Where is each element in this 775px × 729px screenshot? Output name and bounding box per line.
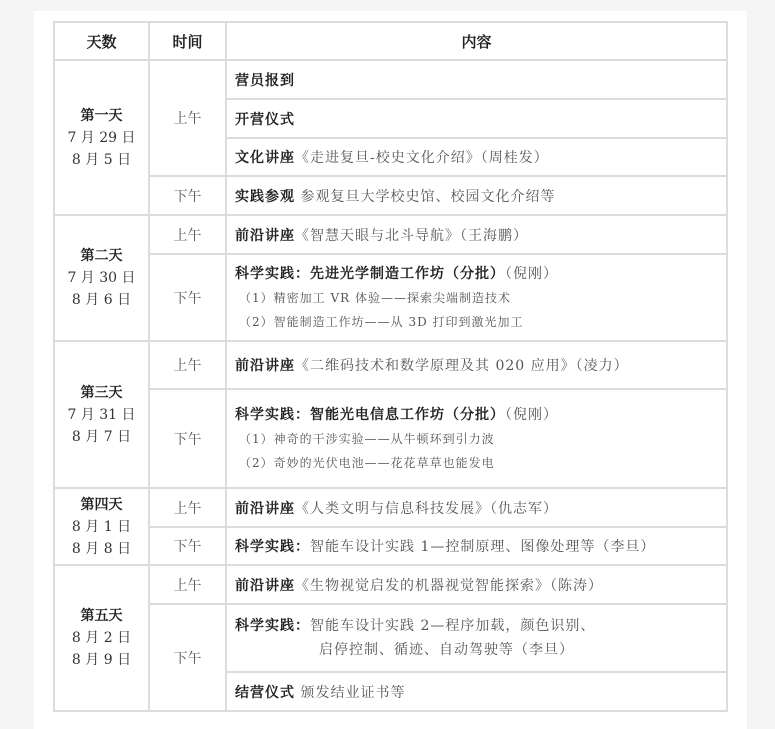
table-row: 第四天 8 月 1 日 8 月 8 日 上午 前沿讲座《人类文明与信息科技发展》… (54, 488, 727, 527)
header-row: 天数 时间 内容 (54, 22, 727, 60)
day-cell: 第三天 7 月 31 日 8 月 7 日 (54, 341, 149, 488)
content-bold: 结营仪式 (235, 685, 295, 701)
content-cell: 科学实践：智能车设计实践 1—控制原理、图像处理等（李旦） (226, 527, 727, 565)
content-bold: 前沿讲座 (235, 358, 295, 374)
header-day: 天数 (54, 22, 149, 60)
day-date: 7 月 29 日 (55, 127, 148, 149)
day-title: 第一天 (55, 105, 148, 127)
day-date: 8 月 9 日 (55, 649, 148, 671)
table-row: 下午 科学实践：智能光电信息工作坊（分批）（倪刚） （1）神奇的干涉实验——从牛… (54, 389, 727, 488)
time-cell: 下午 (149, 389, 226, 488)
day-cell: 第一天 7 月 29 日 8 月 5 日 (54, 60, 149, 215)
content-bold: 科学实践： (235, 539, 310, 555)
content-subitem: （1）精密加工 VR 体验——探索尖端制造技术 (235, 286, 726, 310)
content-text: （倪刚） (505, 266, 558, 282)
content-text: 《智慧天眼与北斗导航》（王海鹏） (295, 228, 528, 244)
content-cell: 前沿讲座《二维码技术和数学原理及其 020 应用》（凌力） (226, 341, 727, 389)
time-cell: 上午 (149, 215, 226, 254)
table-row: 第一天 7 月 29 日 8 月 5 日 上午 营员报到 (54, 60, 727, 99)
day-cell: 第二天 7 月 30 日 8 月 6 日 (54, 215, 149, 341)
time-cell: 下午 (149, 176, 226, 215)
content-text: 参观复旦大学校史馆、校园文化介绍等 (295, 189, 555, 205)
content-subitem: （2）奇妙的光伏电池——花花草草也能发电 (235, 451, 726, 475)
content-bold: 开营仪式 (235, 112, 295, 128)
content-text: 颁发结业证书等 (295, 685, 405, 701)
day-date: 8 月 5 日 (55, 149, 148, 171)
table-row: 下午 科学实践：智能车设计实践 1—控制原理、图像处理等（李旦） (54, 527, 727, 565)
day-date: 8 月 8 日 (55, 538, 148, 560)
content-bold: 文化讲座 (235, 150, 295, 166)
day-date: 8 月 1 日 (55, 516, 148, 538)
content-text: 智能车设计实践 2—程序加载，颜色识别、 (310, 618, 595, 634)
content-text: 《生物视觉启发的机器视觉智能探索》（陈涛） (295, 578, 603, 594)
content-cell: 科学实践：智能光电信息工作坊（分批）（倪刚） （1）神奇的干涉实验——从牛顿环到… (226, 389, 727, 488)
content-cell: 结营仪式 颁发结业证书等 (226, 672, 727, 711)
day-date: 8 月 2 日 (55, 627, 148, 649)
content-cell: 开营仪式 (226, 99, 727, 138)
content-text: 《二维码技术和数学原理及其 020 应用》（凌力） (295, 358, 629, 374)
content-subitem: （2）智能制造工作坊——从 3D 打印到激光加工 (235, 310, 726, 334)
content-text: （倪刚） (505, 407, 558, 423)
content-text: 《走进复旦-校史文化介绍》（周桂发） (295, 150, 549, 166)
day-date: 7 月 31 日 (55, 404, 148, 426)
table-row: 下午 实践参观 参观复旦大学校史馆、校园文化介绍等 (54, 176, 727, 215)
header-content: 内容 (226, 22, 727, 60)
content-bold: 前沿讲座 (235, 501, 295, 517)
content-bold: 科学实践：智能光电信息工作坊（分批） (235, 407, 505, 423)
content-cell: 营员报到 (226, 60, 727, 99)
time-cell: 上午 (149, 60, 226, 176)
content-text-line2: 启停控制、循迹、自动驾驶等（李旦） (235, 638, 726, 662)
content-text: 智能车设计实践 1—控制原理、图像处理等（李旦） (310, 539, 655, 555)
content-cell: 前沿讲座《智慧天眼与北斗导航》（王海鹏） (226, 215, 727, 254)
day-title: 第四天 (55, 494, 148, 516)
day-date: 8 月 6 日 (55, 289, 148, 311)
content-bold: 营员报到 (235, 73, 295, 89)
content-cell: 前沿讲座《人类文明与信息科技发展》（仇志军） (226, 488, 727, 527)
day-title: 第五天 (55, 605, 148, 627)
day-title: 第三天 (55, 382, 148, 404)
day-date: 8 月 7 日 (55, 426, 148, 448)
table-row: 下午 科学实践：先进光学制造工作坊（分批）（倪刚） （1）精密加工 VR 体验—… (54, 254, 727, 341)
content-subitem: （1）神奇的干涉实验——从牛顿环到引力波 (235, 427, 726, 451)
day-cell: 第五天 8 月 2 日 8 月 9 日 (54, 565, 149, 711)
header-time: 时间 (149, 22, 226, 60)
table-row: 第三天 7 月 31 日 8 月 7 日 上午 前沿讲座《二维码技术和数学原理及… (54, 341, 727, 389)
content-text: 《人类文明与信息科技发展》（仇志军） (295, 501, 558, 517)
table-row: 第二天 7 月 30 日 8 月 6 日 上午 前沿讲座《智慧天眼与北斗导航》（… (54, 215, 727, 254)
content-cell: 实践参观 参观复旦大学校史馆、校园文化介绍等 (226, 176, 727, 215)
content-bold: 前沿讲座 (235, 228, 295, 244)
content-bold: 前沿讲座 (235, 578, 295, 594)
time-cell: 下午 (149, 527, 226, 565)
table-row: 第五天 8 月 2 日 8 月 9 日 上午 前沿讲座《生物视觉启发的机器视觉智… (54, 565, 727, 604)
table-row: 下午 科学实践：智能车设计实践 2—程序加载，颜色识别、 启停控制、循迹、自动驾… (54, 604, 727, 672)
content-bold: 科学实践：先进光学制造工作坊（分批） (235, 266, 505, 282)
document-card: 天数 时间 内容 第一天 7 月 29 日 8 月 5 日 上午 营员报到 开营… (34, 11, 747, 729)
content-cell: 科学实践：智能车设计实践 2—程序加载，颜色识别、 启停控制、循迹、自动驾驶等（… (226, 604, 727, 672)
time-cell: 上午 (149, 488, 226, 527)
content-cell: 科学实践：先进光学制造工作坊（分批）（倪刚） （1）精密加工 VR 体验——探索… (226, 254, 727, 341)
time-cell: 上午 (149, 341, 226, 389)
day-cell: 第四天 8 月 1 日 8 月 8 日 (54, 488, 149, 565)
content-bold: 科学实践： (235, 618, 310, 634)
day-date: 7 月 30 日 (55, 267, 148, 289)
day-title: 第二天 (55, 245, 148, 267)
content-cell: 前沿讲座《生物视觉启发的机器视觉智能探索》（陈涛） (226, 565, 727, 604)
time-cell: 下午 (149, 604, 226, 711)
content-bold: 实践参观 (235, 189, 295, 205)
content-cell: 文化讲座《走进复旦-校史文化介绍》（周桂发） (226, 138, 727, 176)
schedule-table: 天数 时间 内容 第一天 7 月 29 日 8 月 5 日 上午 营员报到 开营… (53, 21, 728, 712)
time-cell: 上午 (149, 565, 226, 604)
time-cell: 下午 (149, 254, 226, 341)
